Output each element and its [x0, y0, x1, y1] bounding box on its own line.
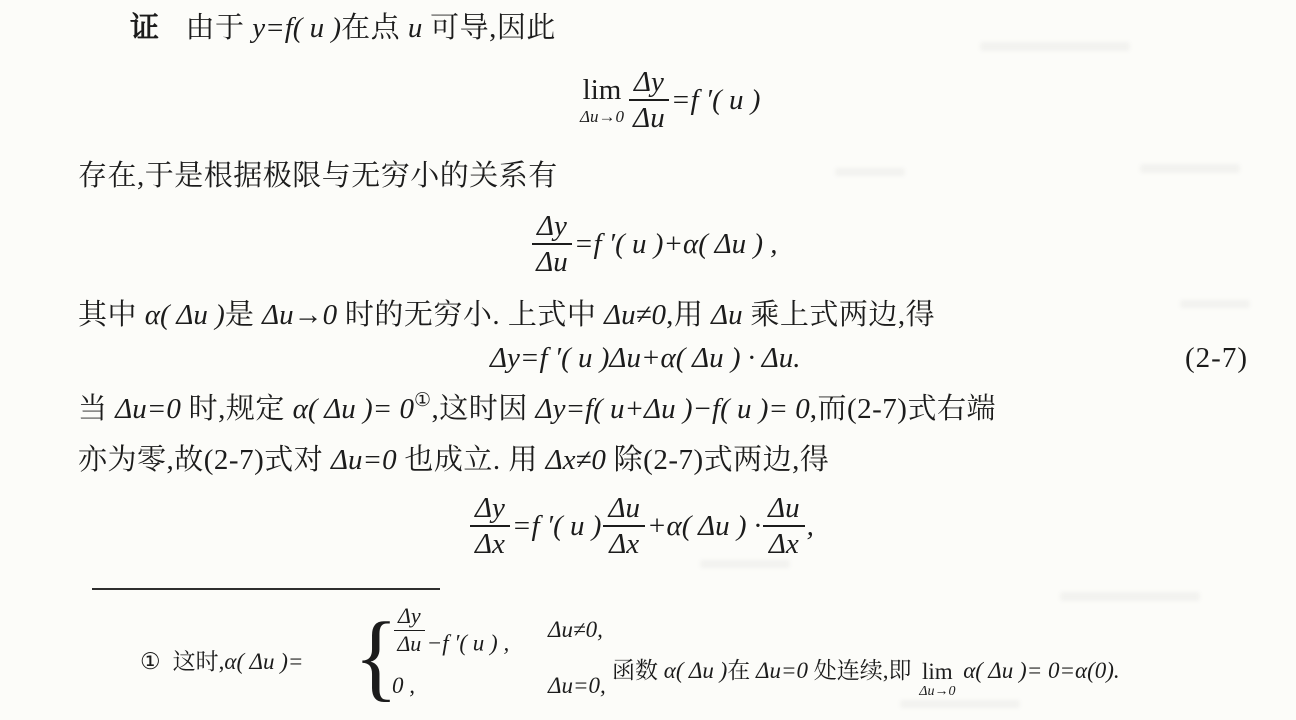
math-run: α( Δu )= 0=α(0). [957, 658, 1119, 683]
fraction: Δy Δu [394, 604, 425, 656]
proof-line-5: 亦为零,故(2-7)式对 Δu=0 也成立. 用 Δx≠0 除(2-7)式两边,… [78, 442, 829, 478]
math-run: Δu [711, 299, 743, 331]
fraction-denominator: Δu [532, 245, 572, 278]
fraction-denominator: Δx [470, 527, 510, 560]
text-run: ,而(2-7)式右端 [810, 393, 996, 425]
text-run: 也成立. 用 [397, 444, 546, 476]
print-show-through [1060, 592, 1200, 601]
math-run: u [408, 12, 423, 44]
math-run: α( Δu ) [664, 658, 727, 683]
print-show-through [700, 560, 790, 568]
fraction-numerator: Δu [763, 492, 805, 527]
proof-line-2: 存在,于是根据极限与无穷小的关系有 [78, 158, 558, 194]
text-run: 当 [78, 393, 115, 425]
fraction-denominator: Δu [629, 101, 669, 134]
text-run: 时,规定 [181, 393, 293, 425]
display-equation-limit: lim Δu→0 Δy Δu =f ′( u ) [580, 66, 760, 135]
text-run: 存在,于是根据极限与无穷小的关系有 [78, 160, 558, 192]
footnote-marker: ① [140, 649, 161, 674]
print-show-through [835, 168, 905, 176]
text-run: 是 [225, 299, 262, 331]
display-equation-infinitesimal: Δy Δu =f ′( u )+α( Δu ) , [530, 210, 778, 279]
math-run: +α( Δu ) · [647, 510, 761, 543]
display-equation-2-7: Δy=f ′( u )Δu+α( Δu ) · Δu. [490, 342, 801, 375]
fraction-numerator: Δy [629, 66, 669, 101]
fraction-numerator: Δy [532, 210, 572, 245]
text-run: 可导,因此 [422, 12, 556, 44]
math-run: Δx≠0 [546, 444, 606, 476]
fraction-denominator: Δx [603, 527, 645, 560]
print-show-through [900, 700, 1020, 708]
text-run: 亦为零,故(2-7)式对 [78, 444, 331, 476]
footnote-rule [92, 588, 440, 590]
proof-line-1: 证由于 y=f( u )在点 u 可导,因此 [130, 10, 556, 46]
math-run: Δu≠0 [604, 299, 666, 331]
print-show-through [980, 42, 1130, 51]
fraction: Δy Δu [532, 210, 572, 279]
footnote-lead: ①这时,α( Δu )= [140, 643, 303, 676]
math-run: −f ′( u ) , [427, 631, 510, 656]
proof-line-4: 当 Δu=0 时,规定 α( Δu )= 0①,这时因 Δy=f( u+Δu )… [78, 391, 996, 427]
text-run: 在点 [341, 12, 408, 44]
cases-block: Δy Δu −f ′( u ) , Δu≠0, 0 , Δu=0, [392, 604, 606, 699]
text-run: 在 [727, 658, 756, 683]
limit-subscript: Δu→0 [580, 108, 624, 125]
math-run: =f ′( u )+α( Δu ) , [574, 228, 778, 261]
text-run: 乘上式两边,得 [743, 299, 936, 331]
case-2-expression: 0 , [392, 673, 548, 699]
math-run: Δy=f( u+Δu )−f( u )= 0 [536, 393, 810, 425]
limit-word: lim [580, 76, 624, 105]
case-1-expression: Δy Δu −f ′( u ) , [392, 604, 548, 657]
fraction-numerator: Δy [394, 604, 425, 631]
equation-tag: (2-7) [1185, 342, 1248, 375]
fraction: Δu Δx [763, 492, 805, 561]
text-run: 其中 [78, 299, 145, 331]
textbook-page: 证由于 y=f( u )在点 u 可导,因此 lim Δu→0 Δy Δu =f… [0, 0, 1296, 720]
fraction-denominator: Δu [394, 631, 425, 657]
display-equation-quotient: Δy Δx =f ′( u ) Δu Δx +α( Δu ) · Δu Δx , [468, 492, 814, 561]
print-show-through [1140, 164, 1240, 173]
math-run: Δy=f ′( u )Δu+α( Δu ) · Δu. [490, 342, 801, 375]
math-run: =f ′( u ) [671, 84, 761, 117]
footnote-reference-mark: ① [414, 390, 432, 411]
fraction: Δy Δx [470, 492, 510, 561]
math-run: , [807, 510, 814, 543]
math-run: α( Δu )= 0 [293, 393, 414, 425]
fraction: Δu Δx [603, 492, 645, 561]
text-run: 这时, [173, 649, 225, 674]
fraction: Δy Δu [629, 66, 669, 135]
limit-operator: limΔu→0 [919, 660, 955, 699]
math-run: α( Δu )= [224, 649, 303, 674]
footnote-tail: 函数 α( Δu )在 Δu=0 处连续,即 limΔu→0 α( Δu )= … [612, 652, 1120, 699]
text-run: 由于 [186, 12, 253, 44]
math-run: α( Δu ) [145, 299, 225, 331]
proof-marker: 证 [130, 12, 160, 44]
limit-word: lim [919, 660, 955, 683]
text-run: ,这时因 [432, 393, 536, 425]
text-run: 时的无穷小. 上式中 [337, 299, 604, 331]
math-run: Δu→0 [262, 299, 337, 331]
text-run: 函数 [612, 658, 664, 683]
math-run: Δu=0 [331, 444, 397, 476]
text-run: 除(2-7)式两边,得 [606, 444, 829, 476]
math-run: Δu=0 [115, 393, 181, 425]
fraction-numerator: Δy [470, 492, 510, 527]
text-run: 处连续,即 [808, 658, 917, 683]
case-2-condition: Δu=0, [548, 673, 606, 699]
limit-subscript: Δu→0 [919, 684, 955, 699]
fraction-denominator: Δx [763, 527, 805, 560]
math-run: =f ′( u ) [512, 510, 602, 543]
print-show-through [1180, 300, 1250, 308]
limit-operator: lim Δu→0 [580, 76, 624, 125]
fraction-numerator: Δu [603, 492, 645, 527]
case-1-condition: Δu≠0, [548, 617, 606, 643]
proof-line-3: 其中 α( Δu )是 Δu→0 时的无穷小. 上式中 Δu≠0,用 Δu 乘上… [78, 297, 935, 333]
math-run: y=f( u ) [252, 12, 341, 44]
math-run: Δu=0 [756, 658, 808, 683]
text-run: ,用 [666, 299, 711, 331]
